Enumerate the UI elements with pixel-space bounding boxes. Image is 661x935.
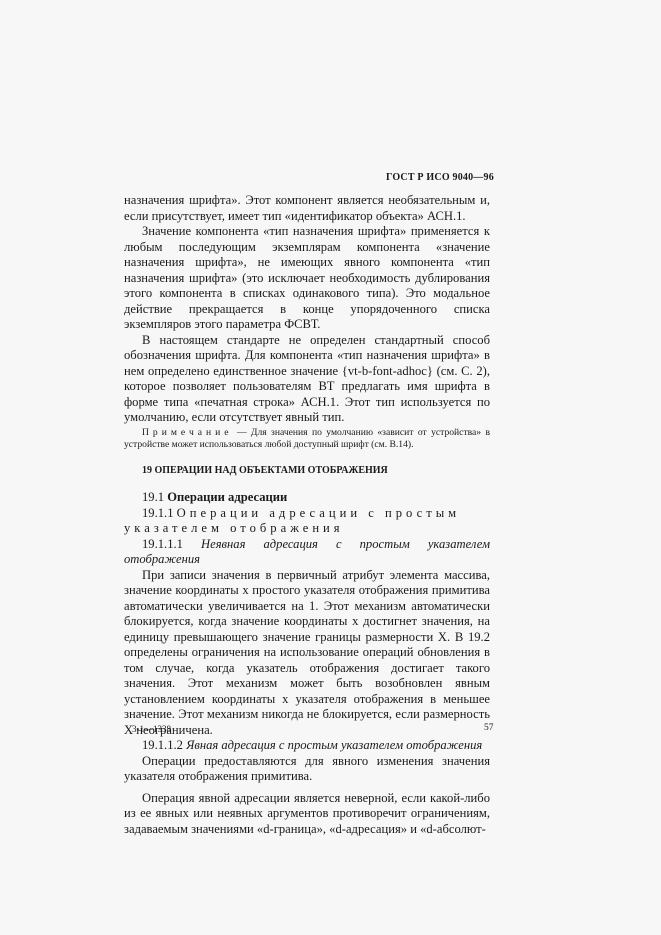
heading-19-1-1-1: 19.1.1.1 Неявная адресация с простым ука…	[124, 537, 490, 568]
paragraph-standard-font: В настоящем стандарте не определен станд…	[124, 333, 490, 426]
heading-title: Явная адресация с простым указателем ото…	[186, 738, 482, 752]
document-body: назначения шрифта». Этот компонент являе…	[124, 193, 490, 837]
page-number: 57	[484, 723, 494, 733]
paragraph-explicit-invalid: Операция явной адресации является неверн…	[124, 791, 490, 838]
document-page: ГОСТ Р ИСО 9040—96 назначения шрифта». Э…	[0, 0, 661, 935]
section-heading-19: 19 ОПЕРАЦИИ НАД ОБЪЕКТАМИ ОТОБРАЖЕНИЯ	[124, 463, 490, 479]
print-code: 3-1—1338	[132, 724, 171, 734]
note: Примечание — Для значения по умолчанию «…	[124, 427, 490, 451]
heading-number: 19.1.1.1	[142, 537, 201, 551]
heading-19-1: 19.1 Операции адресации	[124, 490, 490, 506]
paragraph-continuation: назначения шрифта». Этот компонент являе…	[124, 193, 490, 224]
paragraph-font-type: Значение компонента «тип назначения шриф…	[124, 224, 490, 333]
paragraph-explicit-ops: Операции предоставляются для явного изме…	[124, 754, 490, 785]
note-label: Примечание	[142, 427, 233, 438]
paragraph-implicit-addressing: При записи значения в первичный атрибут …	[124, 568, 490, 739]
heading-number: 19.1.1	[142, 506, 177, 520]
heading-title: Операции адресации	[167, 490, 287, 504]
heading-number: 19.1.1.2	[142, 738, 186, 752]
heading-19-1-1-2: 19.1.1.2 Явная адресация с простым указа…	[124, 738, 490, 754]
heading-number: 19.1	[142, 490, 167, 504]
standard-header: ГОСТ Р ИСО 9040—96	[386, 172, 494, 183]
heading-19-1-1: 19.1.1 Операции адресации с простым указ…	[124, 506, 490, 537]
